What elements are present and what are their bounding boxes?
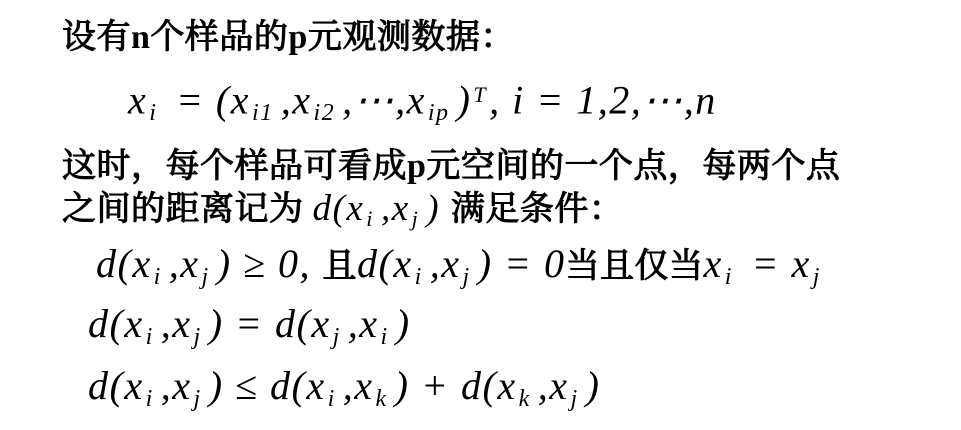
sample-vector-formula: xi = (xi1,xi2,⋯,xip)T, i = 1,2,⋯,n xyxy=(128,70,717,138)
math-token-v: x xyxy=(392,188,410,229)
math-token-c: 且 xyxy=(322,248,357,285)
math-token-v: x xyxy=(172,363,191,408)
math-token-v: ) xyxy=(426,188,451,229)
math-token-s: j xyxy=(571,386,579,412)
math-token-v: d( xyxy=(88,301,124,346)
math-token-v: x xyxy=(311,301,330,346)
math-token-s: k xyxy=(376,386,388,412)
math-token-c: 满足条件： xyxy=(451,191,624,228)
math-token-v: ) xyxy=(396,301,411,346)
math-token-s: i xyxy=(415,264,423,290)
math-token-v: d( xyxy=(88,363,124,408)
math-token-v: x xyxy=(124,301,143,346)
math-token-s: i xyxy=(146,386,154,412)
math-token-v: x xyxy=(407,77,426,122)
intro-text: 设有n个样品的p元观测数据： xyxy=(62,17,515,59)
math-token-v: x xyxy=(124,363,143,408)
math-token-v: = xyxy=(740,241,792,286)
math-token-v: , xyxy=(538,363,550,408)
math-token-s: i xyxy=(146,324,154,350)
math-token-s: i xyxy=(366,206,374,231)
body-text-line2-with-distance-notation: 之间的距离记为 d(xi,xj) 满足条件： xyxy=(62,184,623,244)
math-token-v: d( xyxy=(313,188,347,229)
math-token-s: j xyxy=(333,324,341,350)
math-token-s: i xyxy=(149,100,157,126)
math-token-v: x xyxy=(180,241,199,286)
math-token-v: , xyxy=(430,241,442,286)
math-token-v: x xyxy=(346,188,364,229)
math-token-v: , i = 1,2,⋯,n xyxy=(489,77,717,122)
math-token-v: x xyxy=(704,241,723,286)
math-token-v: ) ≤ xyxy=(209,363,270,408)
math-token-s: i1 xyxy=(252,100,274,126)
math-token-s: k xyxy=(519,386,531,412)
condition-symmetry: d(xi,xj) = d(xj,xi) xyxy=(88,299,411,362)
math-token-s: j xyxy=(194,386,202,412)
math-token-v: x xyxy=(393,241,412,286)
math-token-v: x xyxy=(172,301,191,346)
math-token-v: = ( xyxy=(164,77,230,122)
math-token-v: ) + xyxy=(395,363,461,408)
math-token-v: ,⋯, xyxy=(342,77,407,122)
math-token-v: d( xyxy=(275,301,311,346)
math-token-v: ) = xyxy=(209,301,275,346)
math-token-v: x xyxy=(497,363,516,408)
math-token-v: , xyxy=(161,301,173,346)
math-token-v: x xyxy=(549,363,568,408)
math-token-v: d( xyxy=(270,363,306,408)
math-token-v: d( xyxy=(96,241,132,286)
math-token-v: d( xyxy=(357,241,393,286)
math-token-s: i xyxy=(154,264,162,290)
condition-triangle-inequality: d(xi,xj) ≤ d(xi,xk) + d(xk,xj) xyxy=(88,361,601,424)
math-token-v: , xyxy=(161,363,173,408)
math-token-v: , xyxy=(348,301,360,346)
math-token-v: , xyxy=(381,188,392,229)
math-token-s: j xyxy=(813,264,821,290)
math-token-v: , xyxy=(169,241,181,286)
math-token-s: i2 xyxy=(313,100,335,126)
math-token-v: ) xyxy=(586,363,601,408)
math-token-v: x xyxy=(354,363,373,408)
math-token-v: x xyxy=(359,301,378,346)
body-text-line1: 这时，每个样品可看成p元空间的一个点，每两个点 xyxy=(62,146,840,188)
math-token-v: d( xyxy=(461,363,497,408)
math-token-v: x xyxy=(441,241,460,286)
math-token-s: ip xyxy=(428,100,450,126)
math-token-s: i xyxy=(328,386,336,412)
math-token-v: ) xyxy=(457,77,472,122)
math-token-v: x xyxy=(128,77,147,122)
math-token-c: 之间的距离记为 xyxy=(62,191,313,228)
math-token-c: 当且仅当 xyxy=(566,248,704,285)
math-token-v: ) ≥ 0, xyxy=(217,241,323,286)
math-token-v: x xyxy=(292,77,311,122)
math-token-s: i xyxy=(725,264,733,290)
math-token-s: j xyxy=(463,264,471,290)
math-token-v: , xyxy=(343,363,355,408)
math-token-v: x xyxy=(132,241,151,286)
math-token-v: x xyxy=(791,241,810,286)
slide-page: { "colors": { "background": "#ffffff", "… xyxy=(0,0,961,430)
math-token-p: T xyxy=(473,82,487,107)
condition-nonnegativity: d(xi,xj) ≥ 0, 且d(xi,xj) = 0当且仅当xi = xj xyxy=(96,239,828,302)
math-token-s: j xyxy=(194,324,202,350)
math-token-v: , xyxy=(281,77,293,122)
math-token-v: ) = 0 xyxy=(478,241,566,286)
math-token-s: i xyxy=(381,324,389,350)
math-token-s: j xyxy=(412,206,420,231)
math-token-s: j xyxy=(202,264,210,290)
math-token-v: x xyxy=(231,77,250,122)
math-token-v: x xyxy=(306,363,325,408)
